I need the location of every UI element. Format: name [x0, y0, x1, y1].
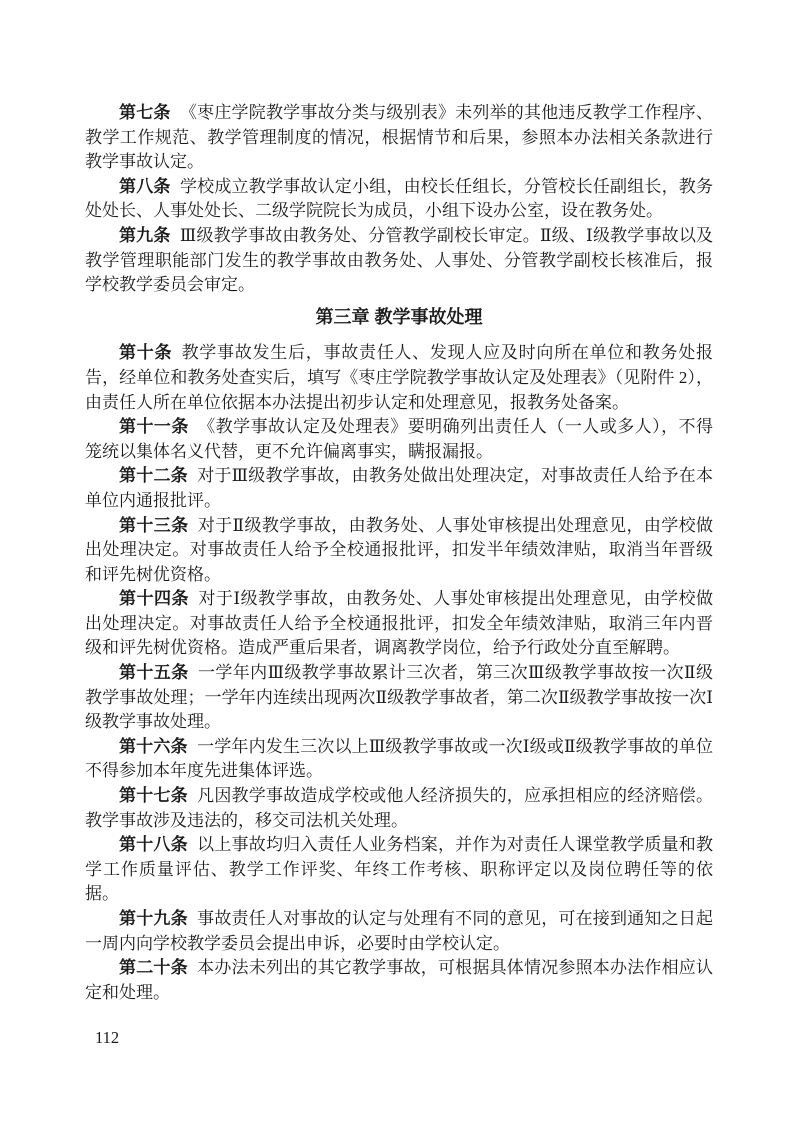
article-text: 教学事故发生后，事故责任人、发现人应及时向所在单位和教务处报告，经单位和教务处查… — [85, 343, 713, 411]
article-number: 第十三条 — [119, 516, 188, 535]
article-paragraph: 第九条Ⅲ级教学事故由教务处、分管教学副校长审定。Ⅱ级、Ⅰ级教学事故以及教学管理职… — [85, 224, 713, 298]
document-page: 第七条《枣庄学院教学事故分类与级别表》未列举的其他违反教学工作程序、教学工作规范… — [0, 0, 795, 1124]
article-number: 第九条 — [119, 226, 171, 245]
chapter-heading: 第三章 教学事故处理 — [85, 305, 713, 330]
article-number: 第十六条 — [119, 737, 188, 756]
article-paragraph: 第八条学校成立教学事故认定小组，由校长任组长，分管校长任副组长，教务处处长、人事… — [85, 175, 713, 224]
article-paragraph: 第十六条一学年内发生三次以上Ⅲ级教学事故或一次Ⅰ级或Ⅱ级教学事故的单位不得参加本… — [85, 735, 713, 784]
article-paragraph: 第二十条本办法未列出的其它教学事故，可根据具体情况参照本办法作相应认定和处理。 — [85, 956, 713, 1005]
article-number: 第十二条 — [119, 466, 188, 485]
article-paragraph: 第十三条对于Ⅱ级教学事故，由教务处、人事处审核提出处理意见，由学校做出处理决定。… — [85, 514, 713, 588]
article-paragraph: 第十四条对于Ⅰ级教学事故，由教务处、人事处审核提出处理意见，由学校做出处理决定。… — [85, 587, 713, 661]
article-paragraph: 第十五条一学年内Ⅲ级教学事故累计三次者，第三次Ⅲ级教学事故按一次Ⅱ级教学事故处理… — [85, 661, 713, 735]
document-body: 第七条《枣庄学院教学事故分类与级别表》未列举的其他违反教学工作程序、教学工作规范… — [85, 101, 713, 1030]
article-paragraph: 第十一条《教学事故认定及处理表》要明确列出责任人（一人或多人），不得笼统以集体名… — [85, 415, 713, 464]
article-text: 学校成立教学事故认定小组，由校长任组长，分管校长任副组长，教务处处长、人事处处长… — [85, 177, 713, 221]
article-paragraph: 第十八条以上事故均归入责任人业务档案，并作为对责任人课堂教学质量和教学工作质量评… — [85, 833, 713, 907]
article-number: 第十四条 — [119, 589, 189, 608]
article-number: 第十条 — [119, 343, 172, 362]
article-number: 第十八条 — [119, 835, 188, 854]
article-number: 第八条 — [119, 177, 171, 196]
page-number: 112 — [95, 1028, 119, 1048]
article-number: 第十五条 — [119, 663, 189, 682]
article-paragraph: 第七条《枣庄学院教学事故分类与级别表》未列举的其他违反教学工作程序、教学工作规范… — [85, 101, 713, 175]
article-number: 第二十条 — [119, 958, 188, 977]
article-text: 《枣庄学院教学事故分类与级别表》未列举的其他违反教学工作程序、教学工作规范、教学… — [85, 103, 713, 171]
article-number: 第十七条 — [119, 786, 188, 805]
article-text: Ⅲ级教学事故由教务处、分管教学副校长审定。Ⅱ级、Ⅰ级教学事故以及教学管理职能部门… — [85, 226, 713, 294]
article-paragraph: 第十九条事故责任人对事故的认定与处理有不同的意见，可在接到通知之日起一周内向学校… — [85, 907, 713, 956]
article-paragraph: 第十七条凡因教学事故造成学校或他人经济损失的，应承担相应的经济赔偿。教学事故涉及… — [85, 784, 713, 833]
article-number: 第十一条 — [119, 417, 189, 436]
article-paragraph: 第十条教学事故发生后，事故责任人、发现人应及时向所在单位和教务处报告，经单位和教… — [85, 341, 713, 415]
article-number: 第七条 — [119, 103, 171, 122]
article-paragraph: 第十二条对于Ⅲ级教学事故，由教务处做出处理决定，对事故责任人给予在本单位内通报批… — [85, 464, 713, 513]
article-number: 第十九条 — [119, 909, 188, 928]
article-paragraph — [85, 1005, 713, 1030]
